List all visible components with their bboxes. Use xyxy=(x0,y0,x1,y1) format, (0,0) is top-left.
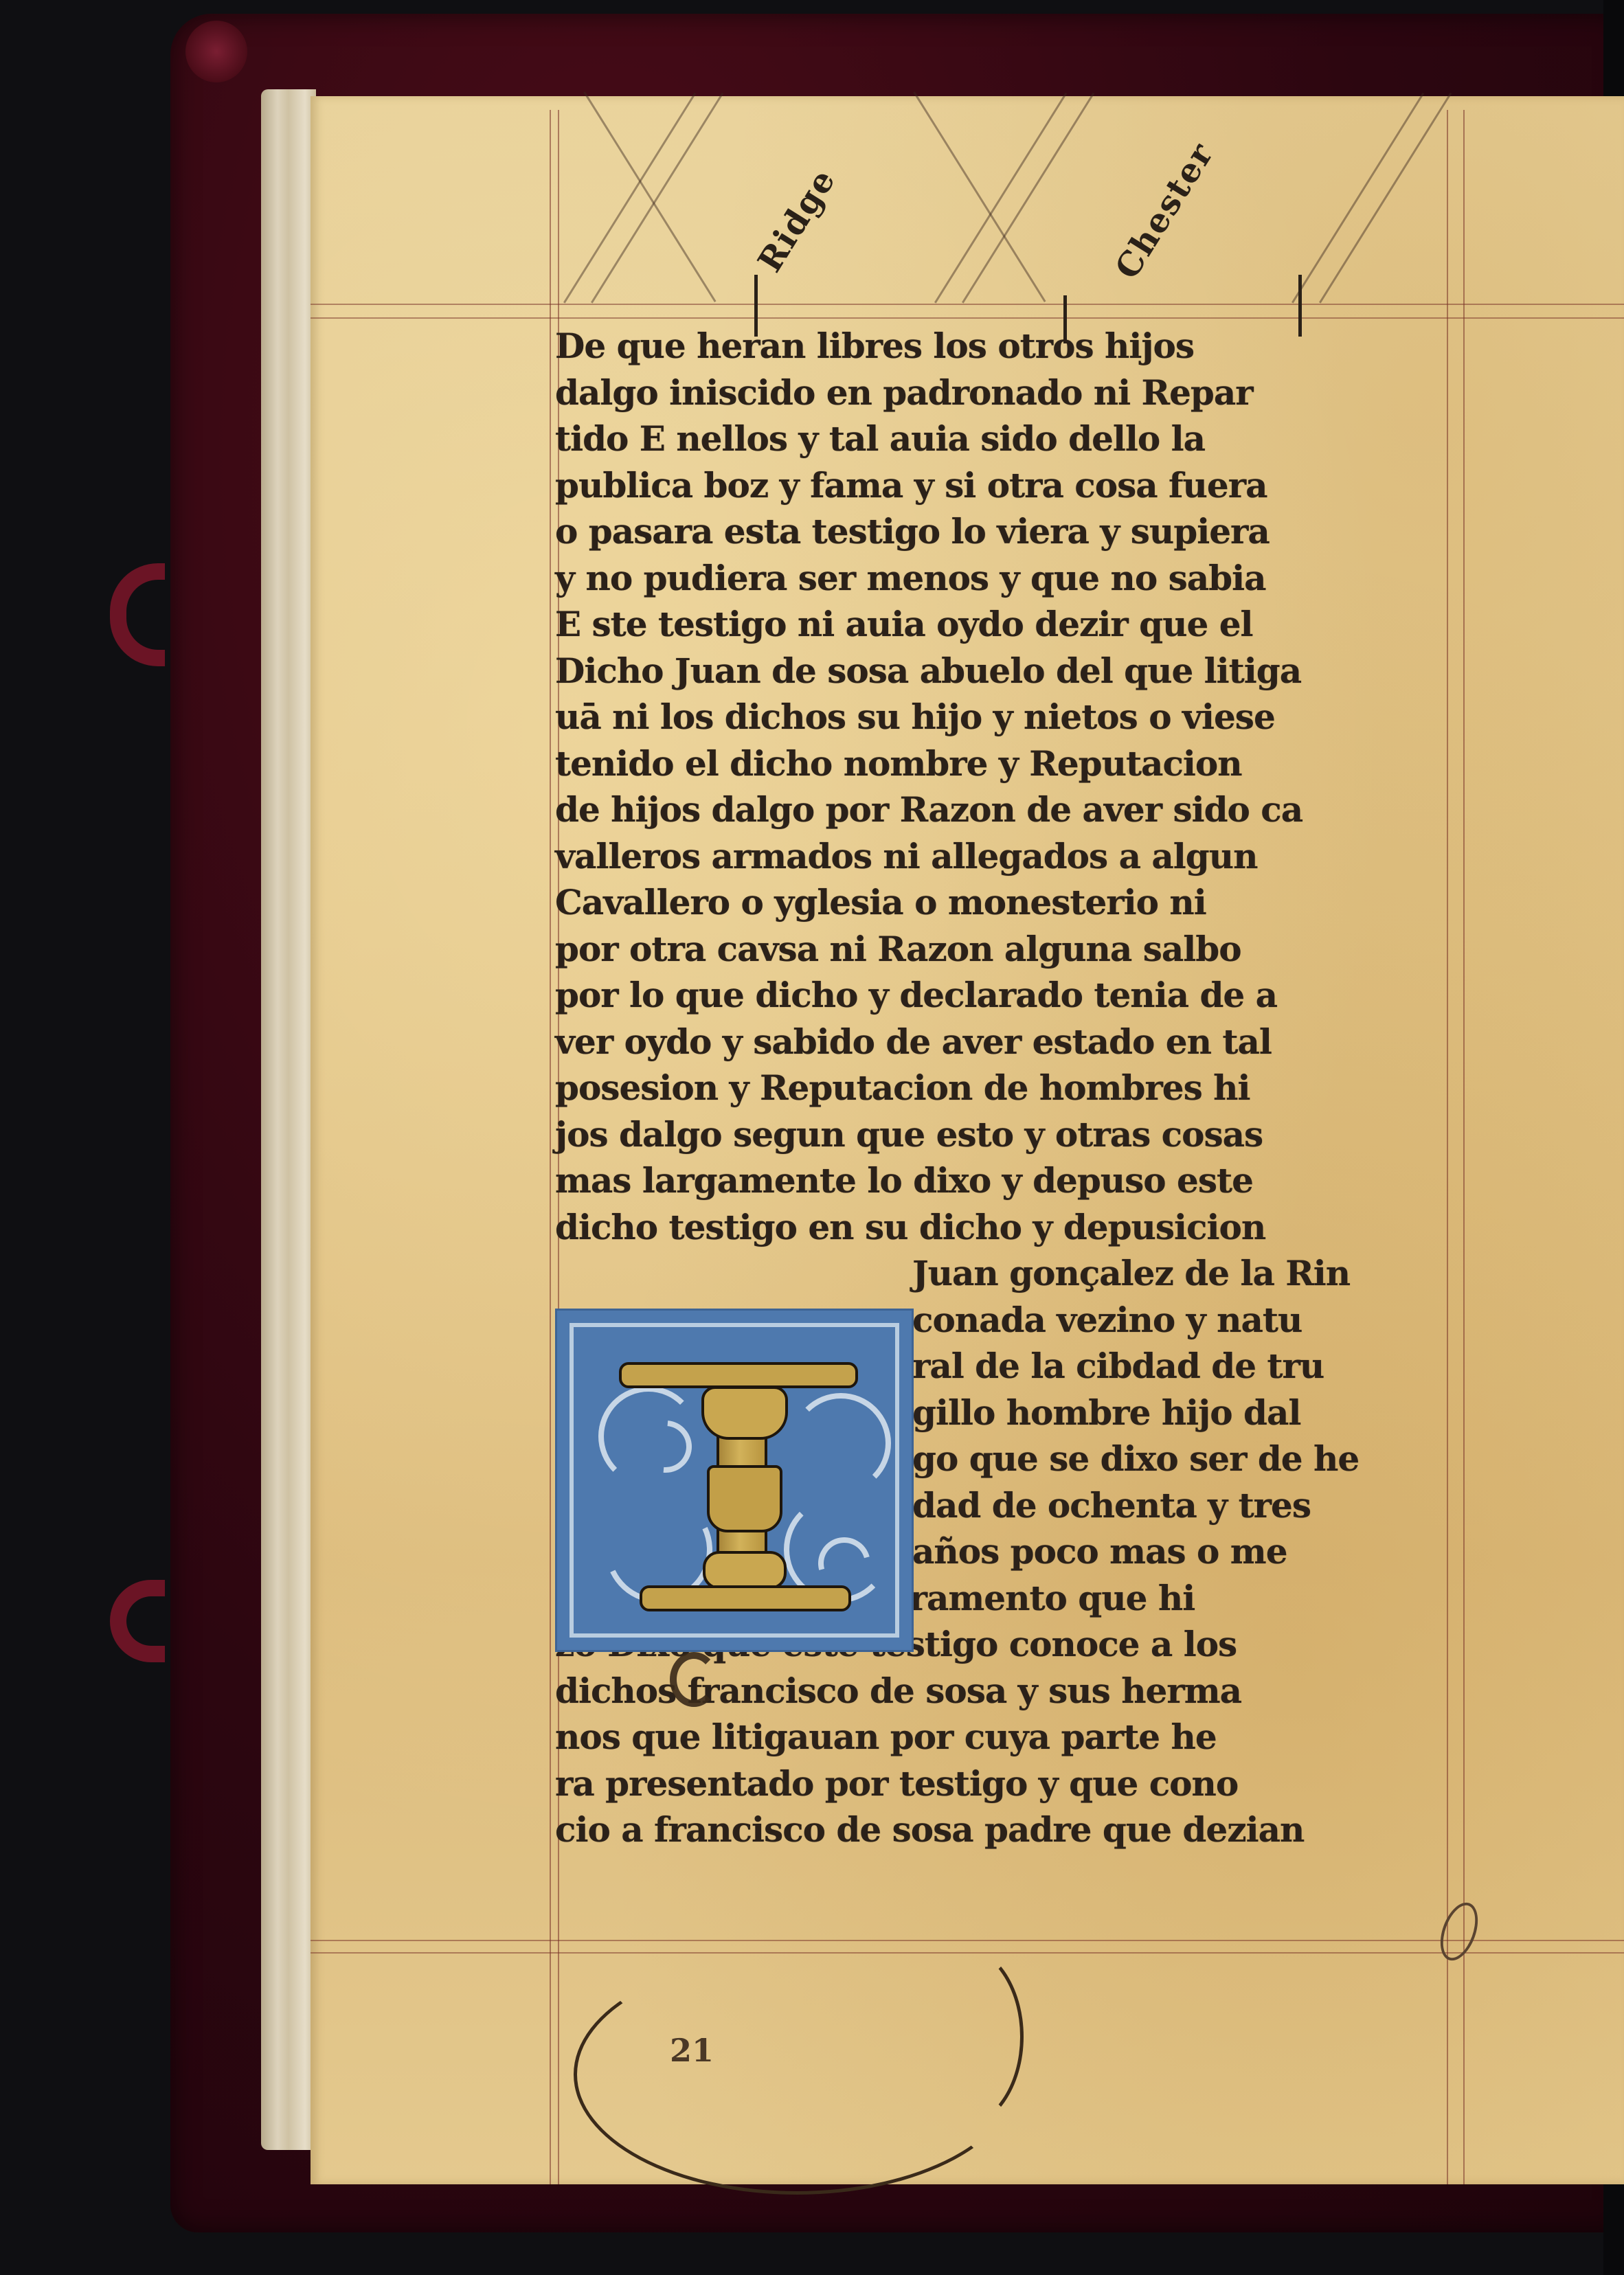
ruling-right-outer xyxy=(1463,110,1465,2184)
ruling-top-2 xyxy=(311,317,1624,319)
text-line: Cavallero o yglesia o monesterio ni xyxy=(555,879,1448,926)
cadel-diagonal xyxy=(563,93,696,304)
text-line: E ste testigo ni auia oydo dezir que el xyxy=(555,601,1448,648)
cadel-diagonal xyxy=(934,93,1067,304)
text-line: y no pudiera ser menos y que no sabia xyxy=(555,555,1448,602)
ruling-bottom-1 xyxy=(311,1940,1624,1941)
cadel-diagonal xyxy=(1292,93,1424,304)
illuminated-initial-i: I xyxy=(555,1309,914,1652)
text-line: valleros armados ni allegados a algun xyxy=(555,833,1448,880)
catchword-2: Chester xyxy=(1108,135,1221,286)
text-line: tido E nellos y tal auia sido dello la xyxy=(555,416,1448,462)
text-line: Juan gonçalez de la Rin xyxy=(555,1250,1448,1297)
text-line: mas largamente lo dixo y depuso este xyxy=(555,1157,1448,1204)
text-line: o pasara esta testigo lo viera y supiera xyxy=(555,508,1448,555)
text-line: De que heran libres los otros hijos xyxy=(555,323,1448,370)
text-line: ver oydo y sabido de aver estado en tal xyxy=(555,1019,1448,1065)
text-line: cio a francisco de sosa padre que dezian xyxy=(555,1807,1448,1853)
paraph-mark xyxy=(670,1652,718,1707)
text-line: posesion y Reputacion de hombres hi xyxy=(555,1065,1448,1111)
velvet-corner-wear xyxy=(185,21,247,82)
upper-margin-decoration: Ridge Chester xyxy=(550,103,1415,309)
text-line: Dicho Juan de sosa abuelo del que litiga xyxy=(555,648,1448,694)
ruling-left-outer xyxy=(550,110,551,2184)
cadel-diagonal xyxy=(913,91,1046,302)
cadel-diagonal xyxy=(591,93,723,304)
text-line: por otra cavsa ni Razon alguna salbo xyxy=(555,926,1448,973)
binding-tie-upper xyxy=(110,563,165,666)
text-line: dalgo iniscido en padronado ni Repar xyxy=(555,370,1448,416)
text-line: publica boz y fama y si otra cosa fuera xyxy=(555,462,1448,509)
initial-letter-text: I xyxy=(557,1311,912,1650)
text-line: dicho testigo en su dicho y depusicion xyxy=(555,1204,1448,1251)
text-line: ra presentado por testigo y que cono xyxy=(555,1761,1448,1807)
binding-tie-lower xyxy=(110,1580,165,1662)
text-line: por lo que dicho y declarado tenia de a xyxy=(555,972,1448,1019)
cadel-diagonal xyxy=(583,91,716,302)
folio-number: 21 xyxy=(670,2032,714,2069)
text-line: jos dalgo segun que esto y otras cosas xyxy=(555,1111,1448,1158)
text-line: nos que litigauan por cuya parte he xyxy=(555,1714,1448,1761)
text-line: de hijos dalgo por Razon de aver sido ca xyxy=(555,786,1448,833)
lower-margin-curve xyxy=(893,1944,1024,2129)
text-line: tenido el dicho nombre y Reputacion xyxy=(555,740,1448,787)
text-line: uā ni los dichos su hijo y nietos o vies… xyxy=(555,694,1448,740)
page-edges-stack xyxy=(261,89,316,2150)
catchword-1: Ridge xyxy=(751,162,844,279)
